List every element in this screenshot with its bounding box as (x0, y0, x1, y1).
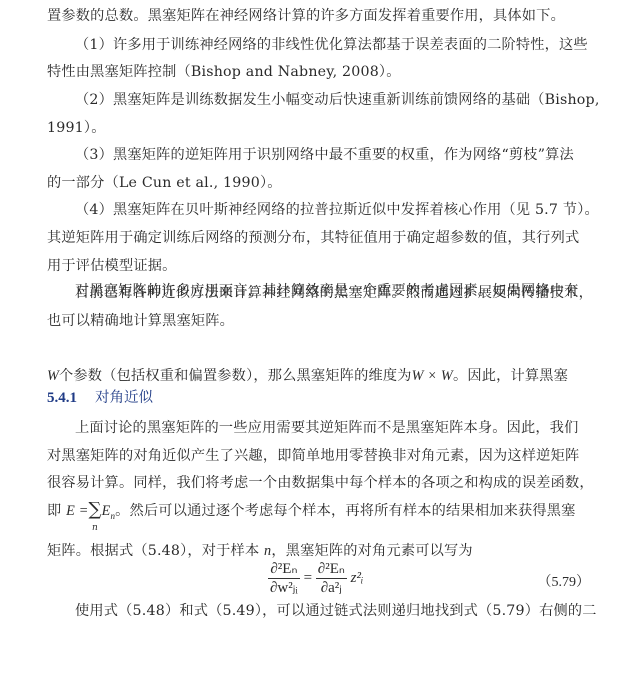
overlay-layout (0, 0, 623, 687)
